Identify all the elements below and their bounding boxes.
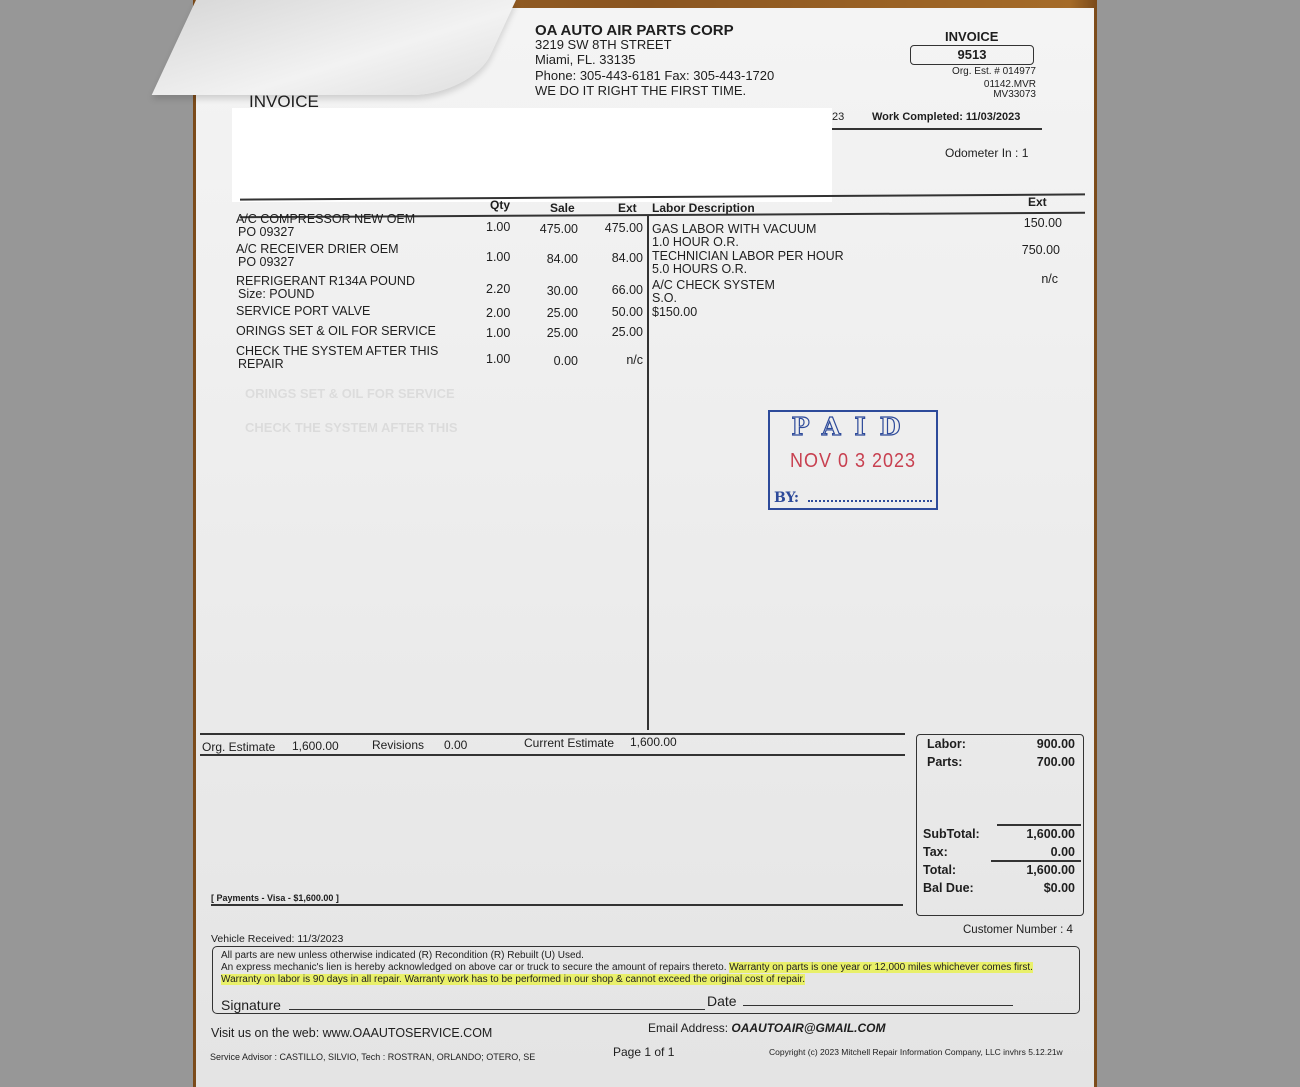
part-description-detail: Size: POUND	[238, 288, 478, 301]
date-line	[743, 1005, 1013, 1006]
tax: 0.00	[1051, 845, 1075, 859]
part-qty: 1.00	[486, 221, 510, 234]
col-header-labor-ext: Ext	[1028, 195, 1047, 209]
divider	[832, 128, 1042, 130]
paid-stamp: PAID NOV 0 3 2023 BY:	[768, 410, 938, 510]
footer-website: Visit us on the web: www.OAAUTOSERVICE.C…	[211, 1026, 492, 1040]
date-label: Date	[707, 993, 737, 1009]
part-sale-price: 25.00	[536, 307, 578, 320]
payments-rule	[211, 904, 903, 906]
revisions-label: Revisions	[372, 738, 424, 752]
terms-line-2: An express mechanic's lien is hereby ack…	[221, 962, 1033, 974]
part-ext-price: 84.00	[596, 252, 643, 265]
parts-total: 700.00	[1037, 755, 1075, 769]
part-description-detail: REPAIR	[238, 358, 478, 371]
part-description: ORINGS SET & OIL FOR SERVICE	[236, 325, 476, 338]
odometer-in: Odometer In : 1	[945, 146, 1028, 160]
part-ext-price: 66.00	[596, 284, 643, 297]
payments-line: [ Payments - Visa - $1,600.00 ]	[211, 893, 339, 903]
terms-line-3: Warranty on labor is 90 days in all repa…	[221, 974, 805, 986]
part-sale-price: 0.00	[536, 355, 578, 368]
invoice-label-right: INVOICE	[945, 29, 998, 44]
part-qty: 2.20	[486, 283, 510, 296]
company-phone-fax: Phone: 305-443-6181 Fax: 305-443-1720	[535, 68, 774, 83]
part-ext-price: 475.00	[596, 222, 643, 235]
page-number: Page 1 of 1	[613, 1045, 674, 1059]
part-sale-price: 84.00	[536, 253, 578, 266]
part-qty: 1.00	[486, 327, 510, 340]
part-ext-price: 25.00	[596, 326, 643, 339]
labor-description-detail: 5.0 HOURS O.R.	[652, 263, 902, 276]
stamp-by-label: BY:	[774, 490, 799, 506]
org-estimate-label: Org. Estimate	[202, 740, 275, 754]
current-estimate-value: 1,600.00	[630, 735, 677, 749]
redacted-customer-info	[232, 108, 832, 202]
part-ext-price: n/c	[596, 354, 643, 367]
balance-due: $0.00	[1044, 881, 1075, 895]
curled-page-corner	[152, 0, 516, 95]
invoice-number: 9513	[910, 45, 1034, 65]
signature-label: Signature	[221, 997, 281, 1013]
terms-box: All parts are new unless otherwise indic…	[212, 946, 1080, 1014]
part-description-detail: PO 09327	[238, 256, 478, 269]
org-estimate-number: Org. Est. # 014977	[900, 66, 1036, 77]
col-header-qty: Qty	[490, 198, 510, 212]
revisions-value: 0.00	[444, 738, 467, 752]
invoice-code-2: MV33073	[900, 89, 1036, 100]
company-address-line1: 3219 SW 8TH STREET	[535, 37, 672, 52]
part-ext-price: 50.00	[596, 306, 643, 319]
part-sale-price: 30.00	[536, 285, 578, 298]
stamp-paid-text: PAID	[770, 412, 936, 441]
labor-description: $150.00	[652, 306, 902, 319]
part-sale-price: 475.00	[536, 223, 578, 236]
signature-line	[289, 1009, 705, 1010]
parts-warranty-highlight: Warranty on parts is one year or 12,000 …	[729, 962, 1033, 973]
labor-description-detail: S.O.	[652, 292, 902, 305]
estimate-top-rule	[200, 733, 905, 735]
subtotal: 1,600.00	[1026, 827, 1075, 841]
part-qty: 2.00	[486, 307, 510, 320]
lien-notice: An express mechanic's lien is hereby ack…	[221, 962, 727, 973]
part-sale-price: 25.00	[536, 327, 578, 340]
service-advisor-tech: Service Advisor : CASTILLO, SILVIO, Tech…	[210, 1052, 535, 1062]
totals-box: Labor: 900.00 Parts: 700.00 SubTotal: 1,…	[916, 734, 1084, 916]
labor-description: A/C CHECK SYSTEM	[652, 279, 902, 292]
column-divider	[647, 215, 649, 730]
vehicle-received: Vehicle Received: 11/3/2023	[211, 933, 343, 945]
col-header-ext: Ext	[618, 201, 637, 215]
labor-warranty-highlight: Warranty on labor is 90 days in all repa…	[221, 974, 805, 985]
part-description: SERVICE PORT VALVE	[236, 305, 476, 318]
estimate-bottom-rule	[200, 754, 905, 756]
customer-number: Customer Number : 4	[963, 924, 1073, 936]
labor-description-detail: 1.0 HOUR O.R.	[652, 236, 902, 249]
footer-email: Email Address: OAAUTOAIR@GMAIL.COM	[648, 1021, 886, 1035]
stamp-date: NOV 0 3 2023	[770, 448, 936, 472]
copyright: Copyright (c) 2023 Mitchell Repair Infor…	[769, 1047, 1063, 1057]
company-slogan: WE DO IT RIGHT THE FIRST TIME.	[535, 83, 746, 98]
part-description-detail: PO 09327	[238, 226, 478, 239]
work-completed-date: Work Completed: 11/03/2023	[872, 111, 1020, 123]
labor-ext-price: n/c	[978, 273, 1058, 286]
labor-ext-price: 750.00	[980, 244, 1060, 257]
stamp-signature-line	[808, 500, 932, 502]
org-estimate-value: 1,600.00	[292, 739, 339, 753]
terms-line-1: All parts are new unless otherwise indic…	[221, 950, 584, 962]
part-qty: 1.00	[486, 251, 510, 264]
date-fragment: 23	[832, 111, 844, 123]
labor-ext-price: 150.00	[982, 217, 1062, 230]
labor-total: 900.00	[1037, 737, 1075, 751]
email-address: OAAUTOAIR@GMAIL.COM	[731, 1021, 885, 1035]
company-address-line2: Miami, FL. 33135	[535, 52, 635, 67]
col-header-sale: Sale	[550, 201, 575, 215]
current-estimate-label: Current Estimate	[524, 736, 614, 750]
part-qty: 1.00	[486, 353, 510, 366]
total: 1,600.00	[1026, 863, 1075, 877]
